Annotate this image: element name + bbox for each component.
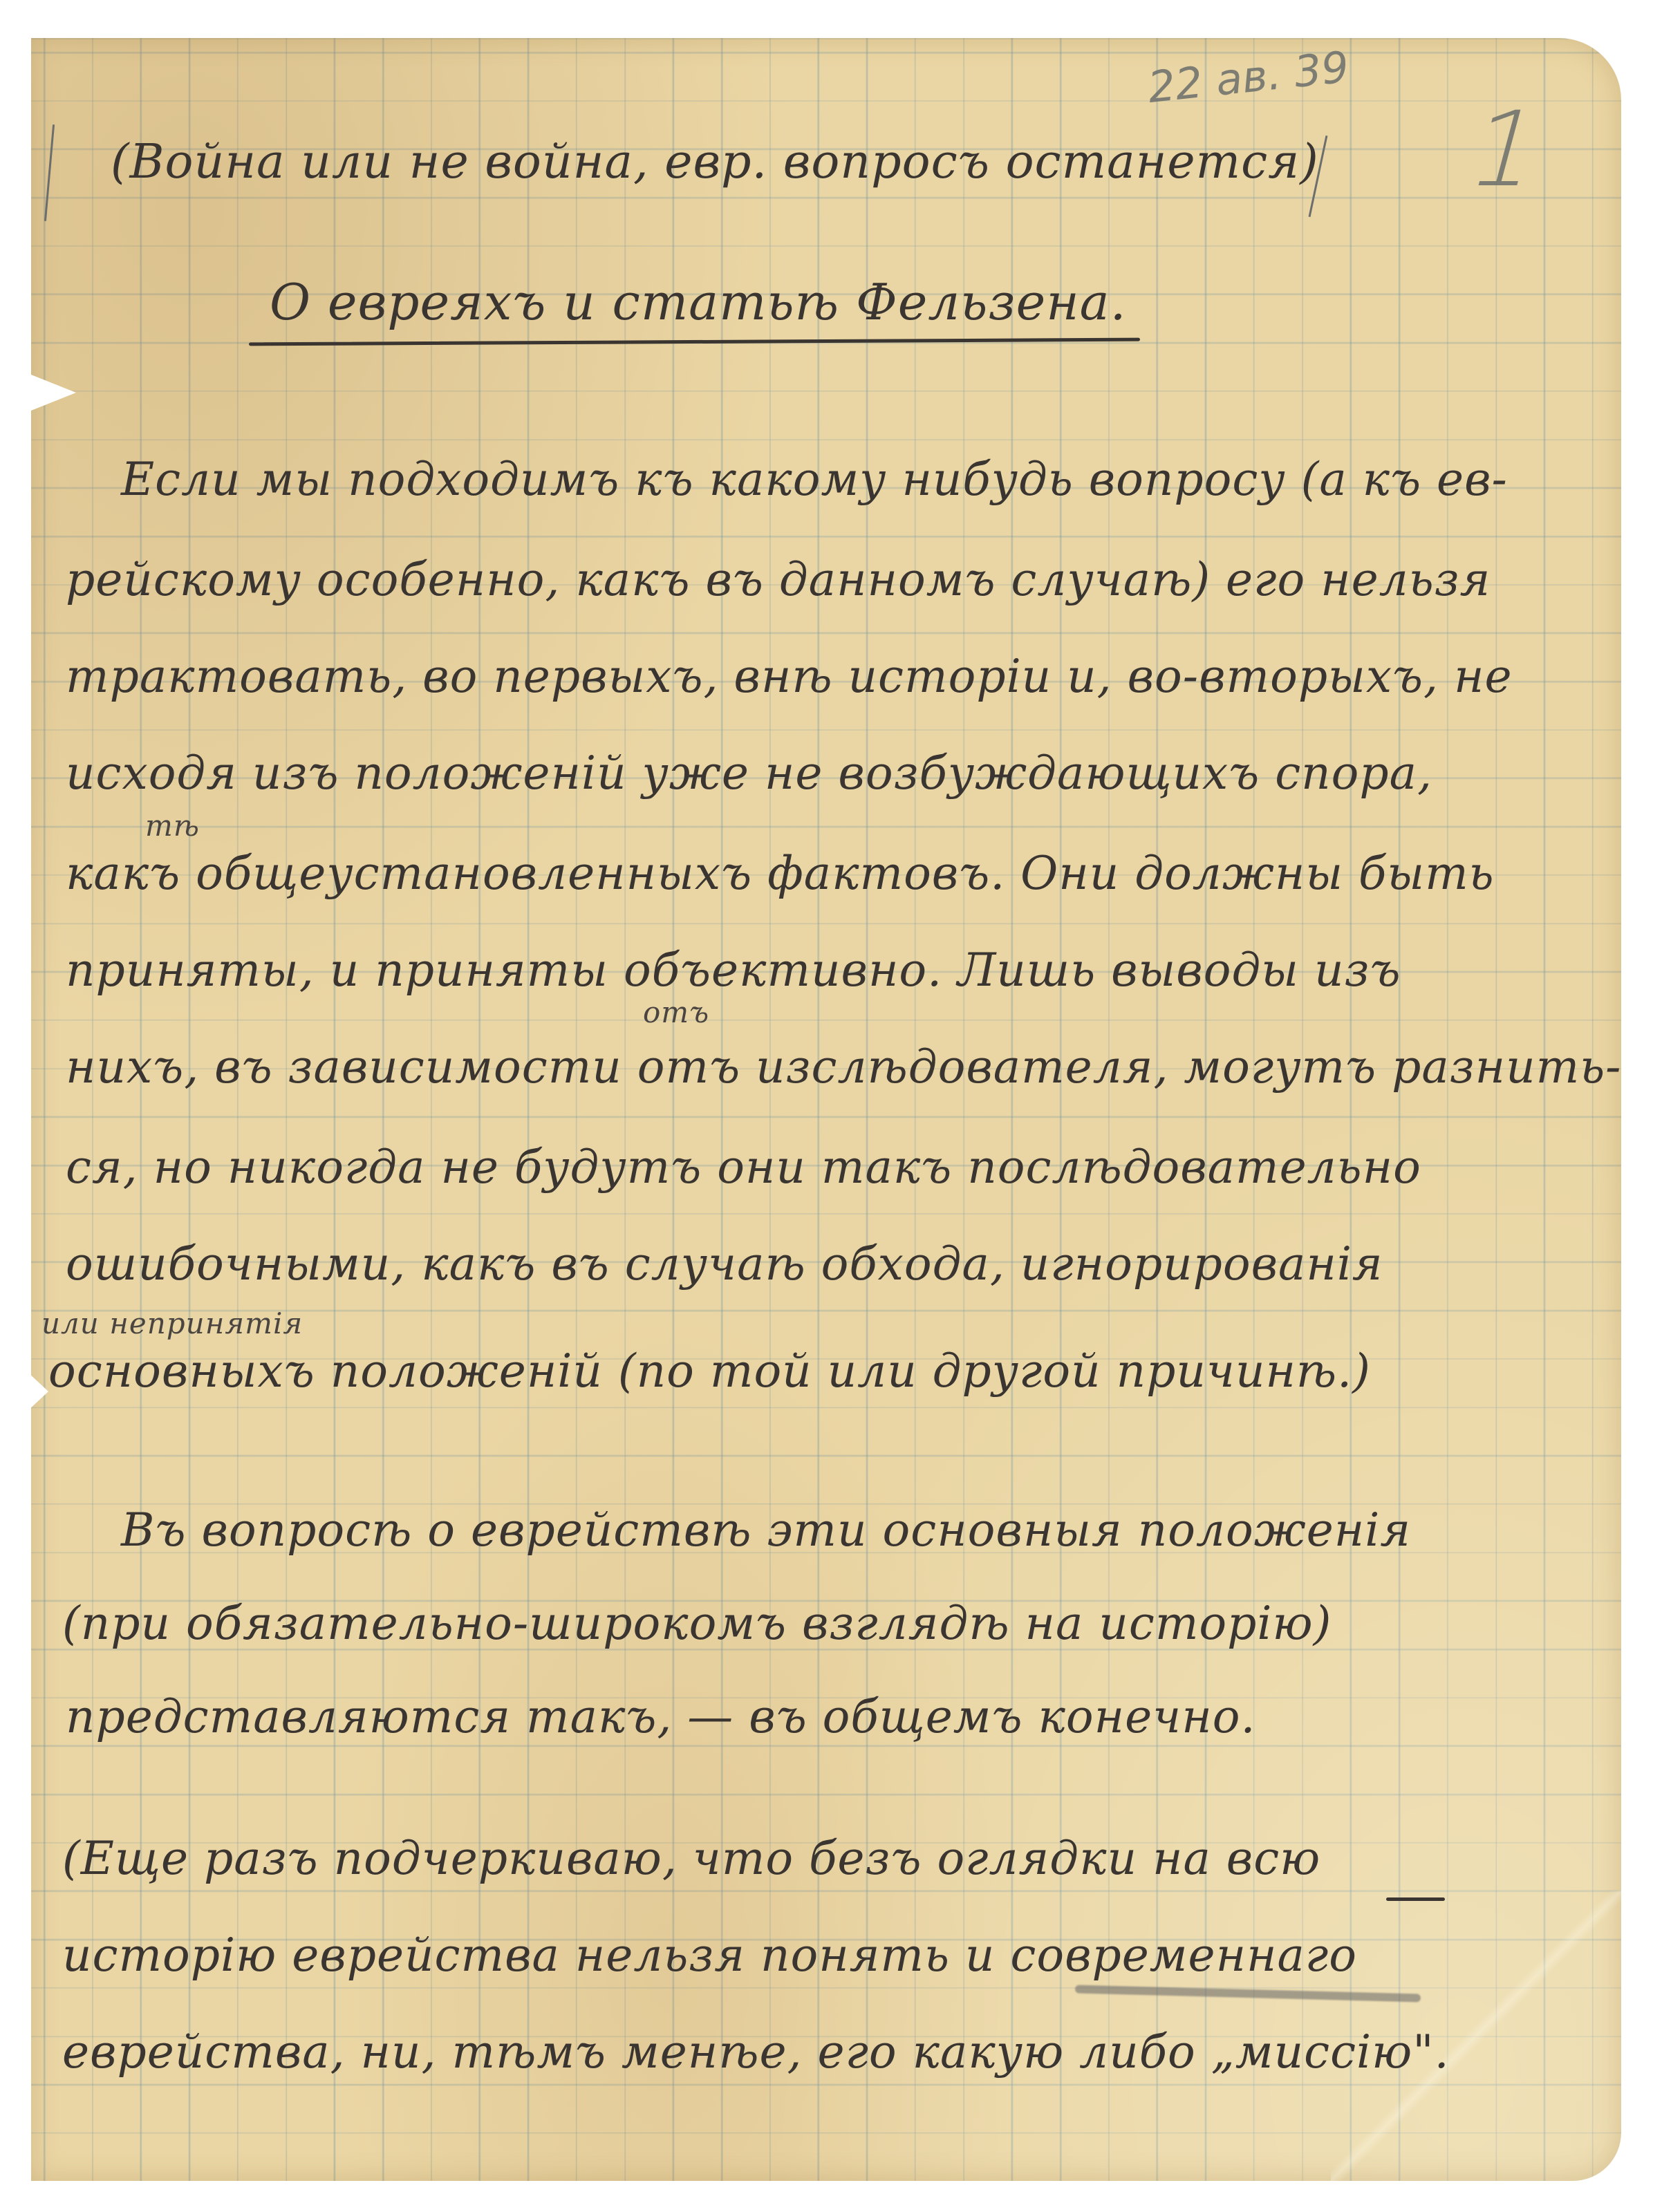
text-line: какъ общеустановленныхъ фактовъ. Они дол… bbox=[66, 847, 1495, 900]
header-note: (Война или не война, евр. вопросъ остане… bbox=[111, 135, 1319, 189]
margin-insertion: или непринятія bbox=[41, 1306, 303, 1340]
text-line: (при обязательно-широкомъ взглядѣ на ист… bbox=[62, 1597, 1332, 1650]
text-line: представляются такъ, — въ общемъ конечно… bbox=[66, 1690, 1255, 1743]
text-line: рейскому особенно, какъ въ данномъ случа… bbox=[66, 553, 1491, 606]
text-line: исходя изъ положеній уже не возбуждающих… bbox=[66, 747, 1432, 800]
text-line: трактовать, во первыхъ, внѣ исторіи и, в… bbox=[66, 650, 1513, 703]
text-line: нихъ, въ зависимости отъ изслѣдователя, … bbox=[66, 1040, 1621, 1094]
interlinear-insertion: тѣ bbox=[145, 809, 200, 843]
text-line: исторію еврейства нельзя понять и соврем… bbox=[62, 1929, 1357, 1982]
text-line: (Еще разъ подчеркиваю, что безъ оглядки … bbox=[62, 1832, 1320, 1885]
ink-underline bbox=[1386, 1897, 1445, 1901]
text-line: основныхъ положеній (по той или другой п… bbox=[48, 1344, 1371, 1398]
text-line: ся, но никогда не будутъ они такъ послѣд… bbox=[66, 1141, 1421, 1194]
document-title: О евреяхъ и статьѣ Фельзена. bbox=[270, 273, 1126, 331]
text-line: Въ вопросѣ о еврействѣ эти основныя поло… bbox=[121, 1503, 1411, 1557]
paper-tear-notch bbox=[28, 373, 76, 412]
interlinear-insertion: отъ bbox=[643, 995, 709, 1029]
text-line: еврейства, ни, тѣмъ менѣе, его какую либ… bbox=[62, 2025, 1450, 2079]
paper-tear-notch bbox=[28, 1372, 48, 1411]
text-line: ошибочными, какъ въ случаѣ обхода, игнор… bbox=[66, 1237, 1383, 1291]
text-line: приняты, и приняты объективно. Лишь выво… bbox=[66, 944, 1401, 997]
text-line: Если мы подходимъ къ какому нибудь вопро… bbox=[121, 453, 1508, 506]
